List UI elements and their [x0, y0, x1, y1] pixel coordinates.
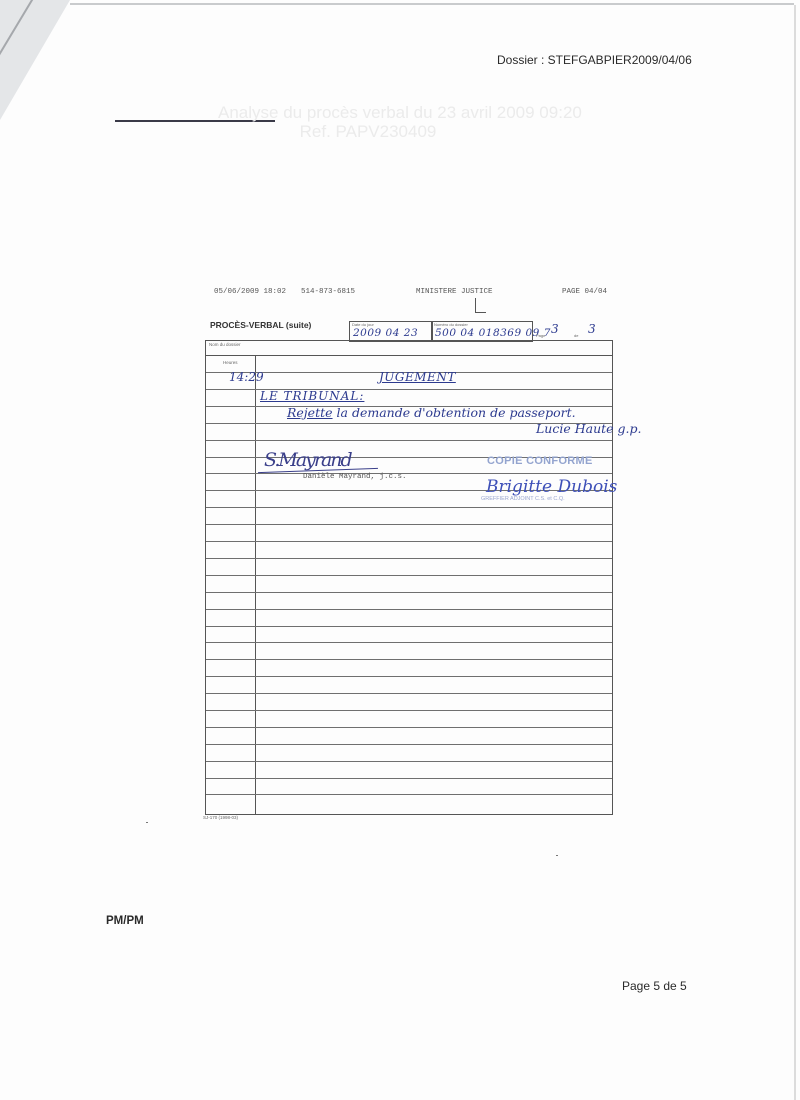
ruled-line — [206, 592, 612, 593]
name-field-label: Nom du dossier — [209, 342, 241, 347]
ruled-line — [206, 609, 612, 610]
ruled-line — [206, 440, 612, 441]
ruled-line — [206, 626, 612, 627]
page-number: 3 — [551, 322, 559, 336]
ruled-line — [206, 693, 612, 694]
date-value: 2009 04 23 — [353, 327, 418, 339]
form-code: SJ-170 (1998-03) — [203, 815, 238, 820]
file-number-value: 500 04 018369 09 7 — [435, 327, 551, 339]
stamp-title: COPIE CONFORME — [487, 455, 593, 467]
ruled-line — [206, 507, 612, 508]
judge-name: Danièle Mayrand, j.c.s. — [303, 473, 407, 481]
ruled-line — [206, 575, 612, 576]
ruled-line — [206, 473, 612, 474]
fax-ministry: MINISTERE JUSTICE — [416, 288, 493, 296]
ruled-line — [206, 524, 612, 525]
entry-court: LE TRIBUNAL: — [260, 389, 364, 403]
scan-speck — [146, 822, 148, 823]
entry-ruling: Rejette la demande d'obtention de passep… — [287, 405, 576, 420]
ruled-line — [206, 659, 612, 660]
fax-phone: 514-873-6815 — [301, 288, 355, 296]
page-top-edge — [70, 3, 794, 5]
handwritten-mark — [475, 298, 486, 313]
page-footer: Page 5 de 5 — [622, 979, 687, 993]
entry-heading: JUGEMENT — [379, 370, 456, 384]
page-right-edge — [794, 5, 796, 1100]
name-field: Nom du dossier — [206, 341, 612, 356]
time-column-label: Heures — [223, 360, 238, 365]
page-label: Page — [536, 333, 545, 338]
folded-corner — [0, 0, 70, 120]
ruled-line — [206, 541, 612, 542]
entry-initials: Lucie Haute g.p. — [536, 421, 641, 436]
ruled-line — [206, 676, 612, 677]
form-title: PROCÈS-VERBAL (suite) — [210, 320, 311, 330]
ruled-line — [206, 558, 612, 559]
dossier-reference: Dossier : STEFGABPIER2009/04/06 — [497, 53, 692, 67]
ghost-title-line2: Ref. PAPV230409 — [218, 122, 518, 142]
ruled-line — [206, 778, 612, 779]
file-number-box: Numéro du dossier 500 04 018369 09 7 — [431, 321, 533, 342]
judge-signature: S.Mayrand — [264, 449, 351, 471]
ruled-line — [206, 727, 612, 728]
stamp-signature: Brigitte Dubois — [486, 477, 617, 497]
fax-datetime: 05/06/2009 18:02 — [214, 288, 286, 296]
page-total: 3 — [588, 322, 596, 336]
page-of-label: de — [574, 333, 578, 338]
stamp-subtitle: GREFFIER ADJOINT C.S. et C.Q. — [481, 496, 565, 502]
ruled-line — [206, 642, 612, 643]
fax-page: PAGE 04/04 — [562, 288, 607, 296]
author-initials: PM/PM — [106, 915, 144, 927]
ruled-line — [206, 761, 612, 762]
ruled-line — [206, 744, 612, 745]
scan-speck — [556, 855, 558, 856]
entry-time: 14:29 — [229, 370, 264, 384]
date-box: Date du jour 2009 04 23 — [349, 321, 433, 342]
ruling-text: la demande d'obtention de passeport. — [337, 405, 576, 420]
ruled-line — [206, 794, 612, 795]
ghost-title-line1: Analyse du procès verbal du 23 avril 200… — [218, 103, 518, 123]
ruled-line — [206, 710, 612, 711]
ruling-verb: Rejette — [287, 405, 333, 420]
